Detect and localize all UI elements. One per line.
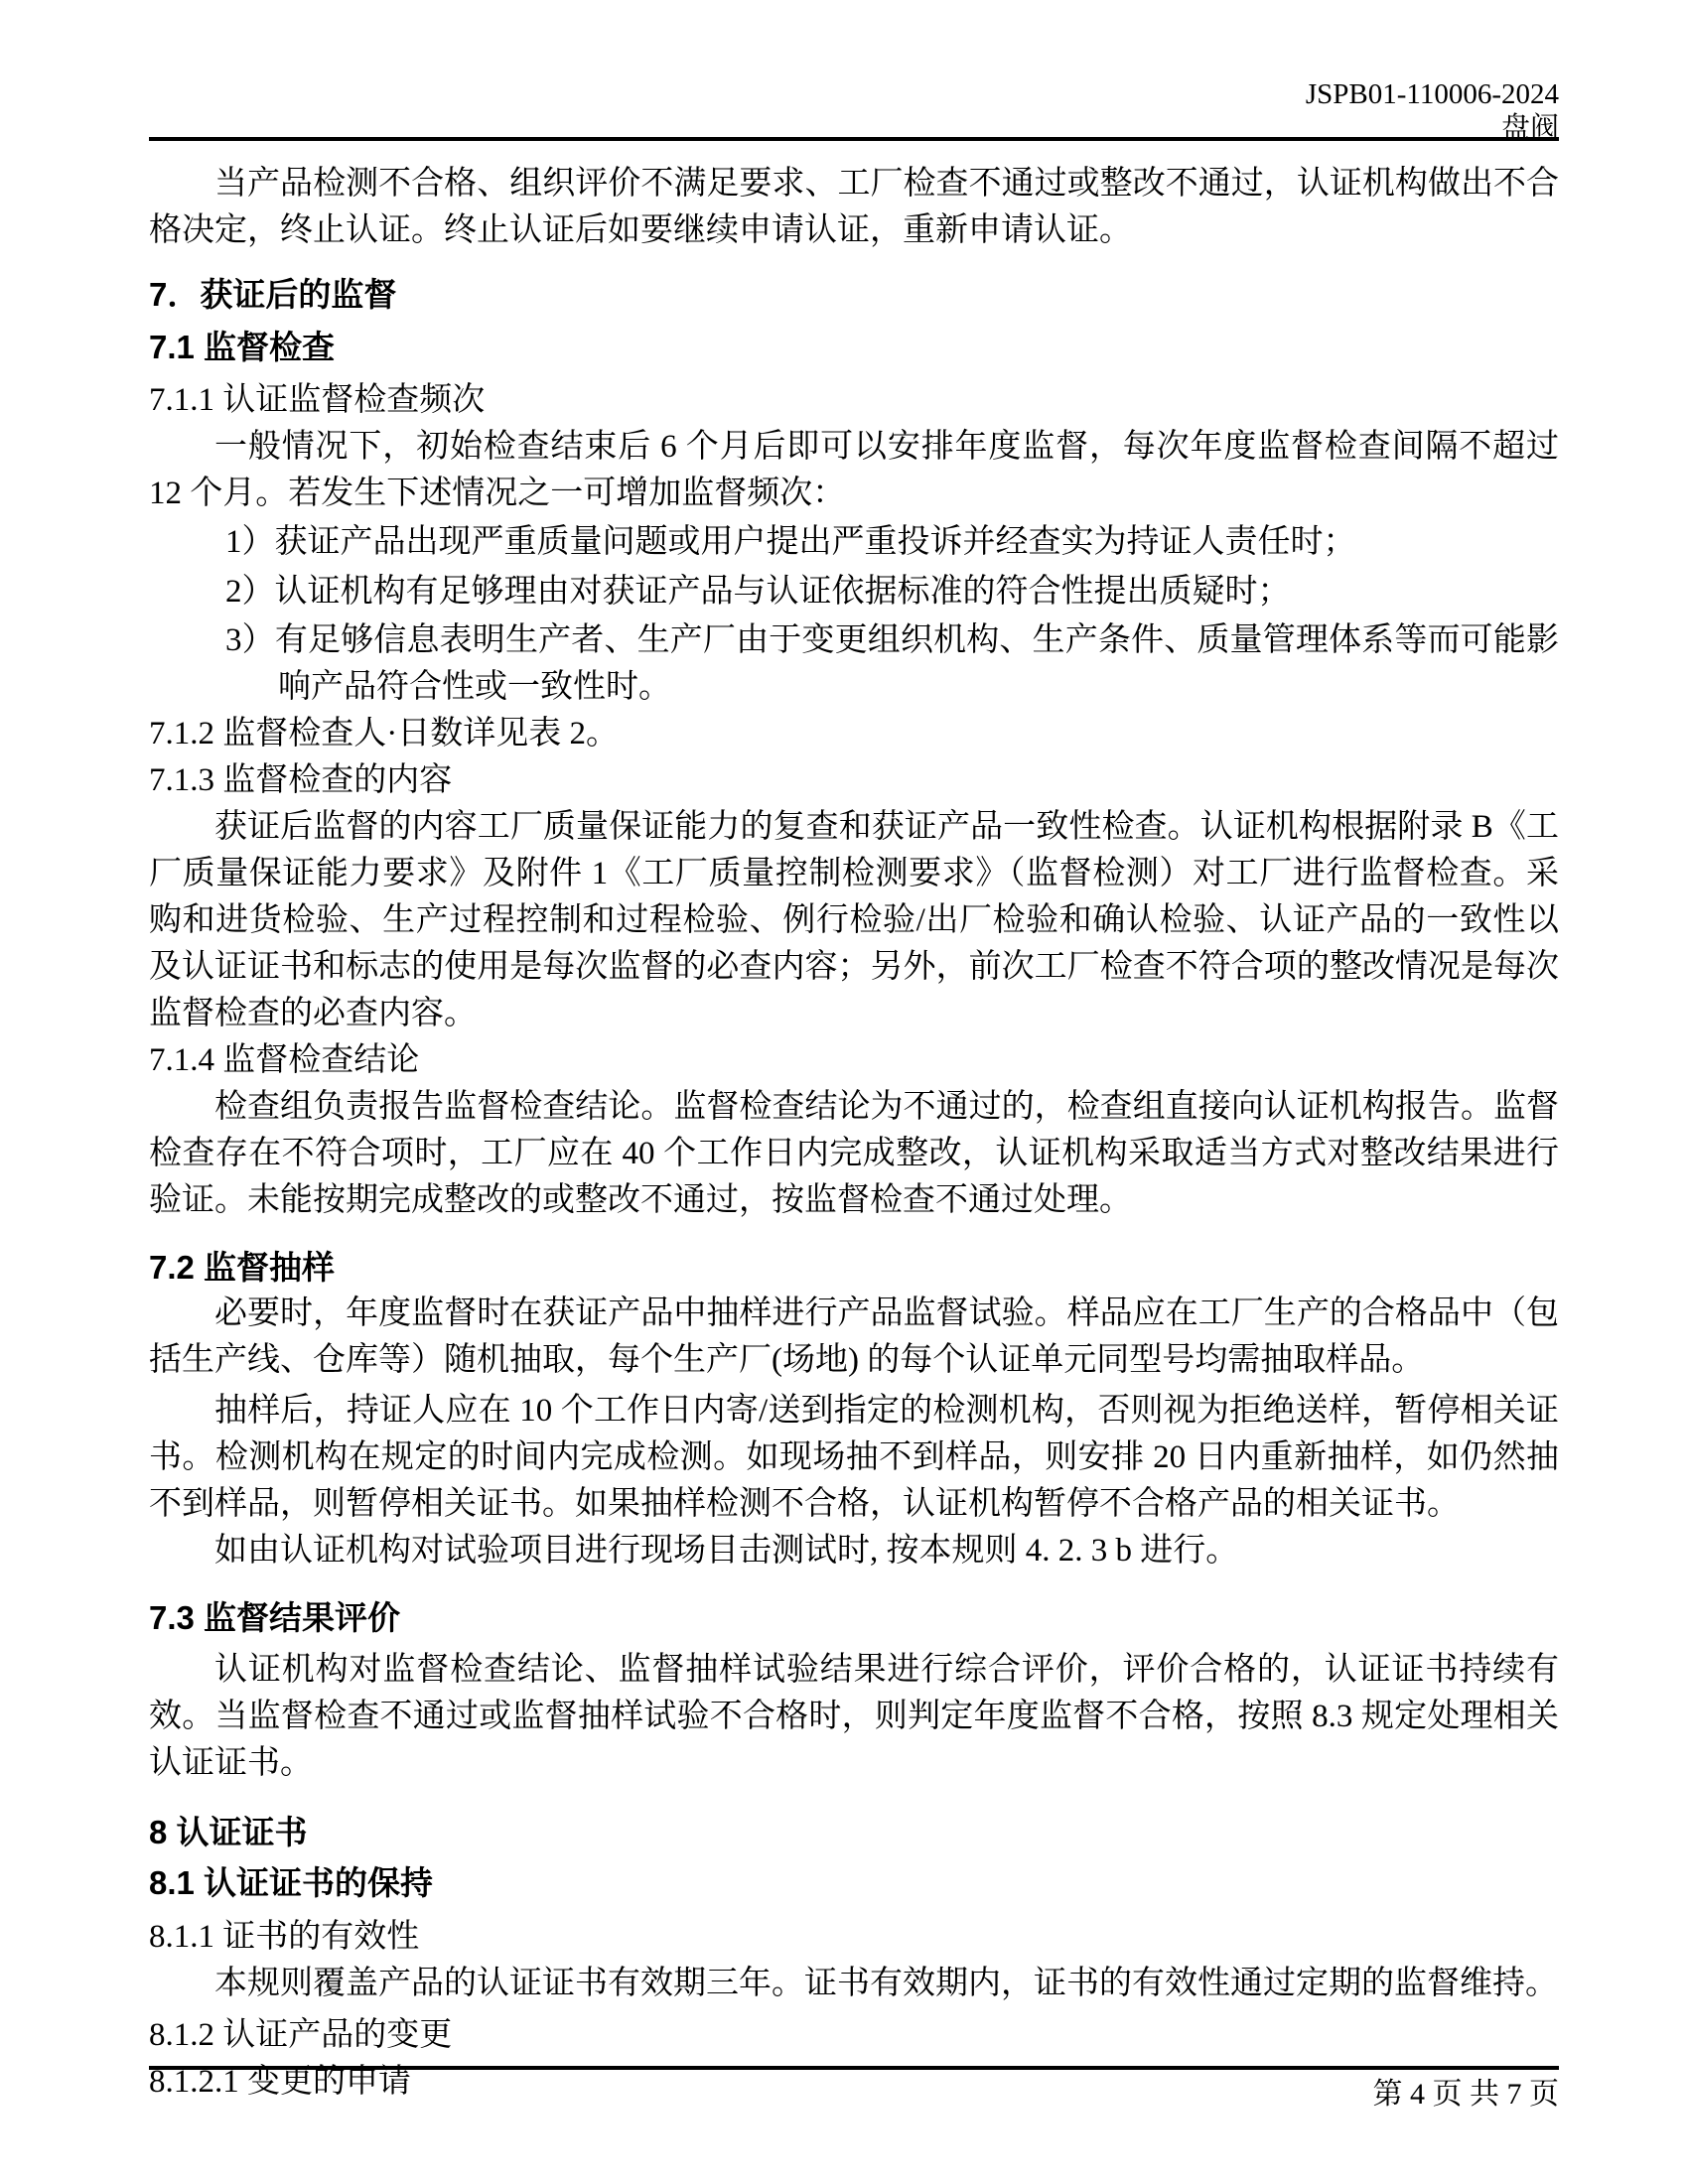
list-item-1: 1）获证产品出现严重质量问题或用户提出严重投诉并经查实为持证人责任时； — [149, 519, 1559, 566]
paragraph-termination: 当产品检测不合格、组织评价不满足要求、工厂检查不通过或整改不通过，认证机构做出不… — [149, 161, 1559, 254]
section-heading-7-3: 7.3 监督结果评价 — [149, 1594, 1559, 1641]
subsection-heading-7-1-3: 7.1.3 监督检查的内容 — [149, 757, 1559, 804]
section-heading-8-1: 8.1 认证证书的保持 — [149, 1859, 1559, 1906]
page-number: 第 4 页 共 7 页 — [1373, 2078, 1560, 2111]
section-heading-7-2: 7.2 监督抽样 — [149, 1244, 1559, 1291]
paragraph-sampling-2: 抽样后，持证人应在 10 个工作日内寄/送到指定的检测机构，否则视为拒绝送样，暂… — [149, 1388, 1559, 1528]
paragraph-supervision-conclusion: 检查组负责报告监督检查结论。监督检查结论为不通过的，检查组直接向认证机构报告。监… — [149, 1084, 1559, 1224]
page-footer: 第 4 页 共 7 页 — [1373, 2077, 1560, 2113]
paragraph-certificate-validity: 本规则覆盖产品的认证证书有效期三年。证书有效期内，证书的有效性通过定期的监督维持… — [149, 1961, 1559, 2007]
paragraph-supervision-content: 获证后监督的内容工厂质量保证能力的复查和获证产品一致性检查。认证机构根据附录 B… — [149, 804, 1559, 1037]
section-heading-7-1: 7.1 监督检查 — [149, 324, 1559, 370]
page-header: JSPB01-110006-2024 盘阀 — [1306, 77, 1559, 145]
header-divider — [149, 137, 1559, 141]
subsection-heading-7-1-2: 7.1.2 监督检查人·日数详见表 2。 — [149, 711, 1559, 757]
subsection-heading-8-1-2: 8.1.2 认证产品的变更 — [149, 2012, 1559, 2059]
document-page: JSPB01-110006-2024 盘阀 当产品检测不合格、组织评价不满足要求… — [0, 0, 1688, 2184]
section-heading-8: 8 认证证书 — [149, 1809, 1559, 1855]
paragraph-sampling-1: 必要时，年度监督时在获证产品中抽样进行产品监督试验。样品应在工厂生产的合格品中（… — [149, 1291, 1559, 1384]
paragraph-supervision-freq: 一般情况下，初始检查结束后 6 个月后即可以安排年度监督，每次年度监督检查间隔不… — [149, 424, 1559, 517]
subsection-heading-7-1-4: 7.1.4 监督检查结论 — [149, 1037, 1559, 1084]
document-body: 当产品检测不合格、组织评价不满足要求、工厂检查不通过或整改不通过，认证机构做出不… — [149, 149, 1559, 2106]
list-item-2: 2）认证机构有足够理由对获证产品与认证依据标准的符合性提出质疑时； — [149, 569, 1559, 615]
footer-divider — [149, 2066, 1559, 2070]
subsection-heading-7-1-1: 7.1.1 认证监督检查频次 — [149, 377, 1559, 424]
paragraph-witness-test: 如由认证机构对试验项目进行现场目击测试时, 按本规则 4. 2. 3 b 进行。 — [149, 1528, 1559, 1574]
subsection-heading-8-1-1: 8.1.1 证书的有效性 — [149, 1914, 1559, 1961]
paragraph-result-evaluation: 认证机构对监督检查结论、监督抽样试验结果进行综合评价，评价合格的，认证证书持续有… — [149, 1647, 1559, 1787]
list-item-3: 3）有足够信息表明生产者、生产厂由于变更组织机构、生产条件、质量管理体系等而可能… — [149, 617, 1559, 711]
section-heading-7: 7．获证后的监督 — [149, 271, 1559, 318]
document-code: JSPB01-110006-2024 — [1306, 77, 1559, 111]
